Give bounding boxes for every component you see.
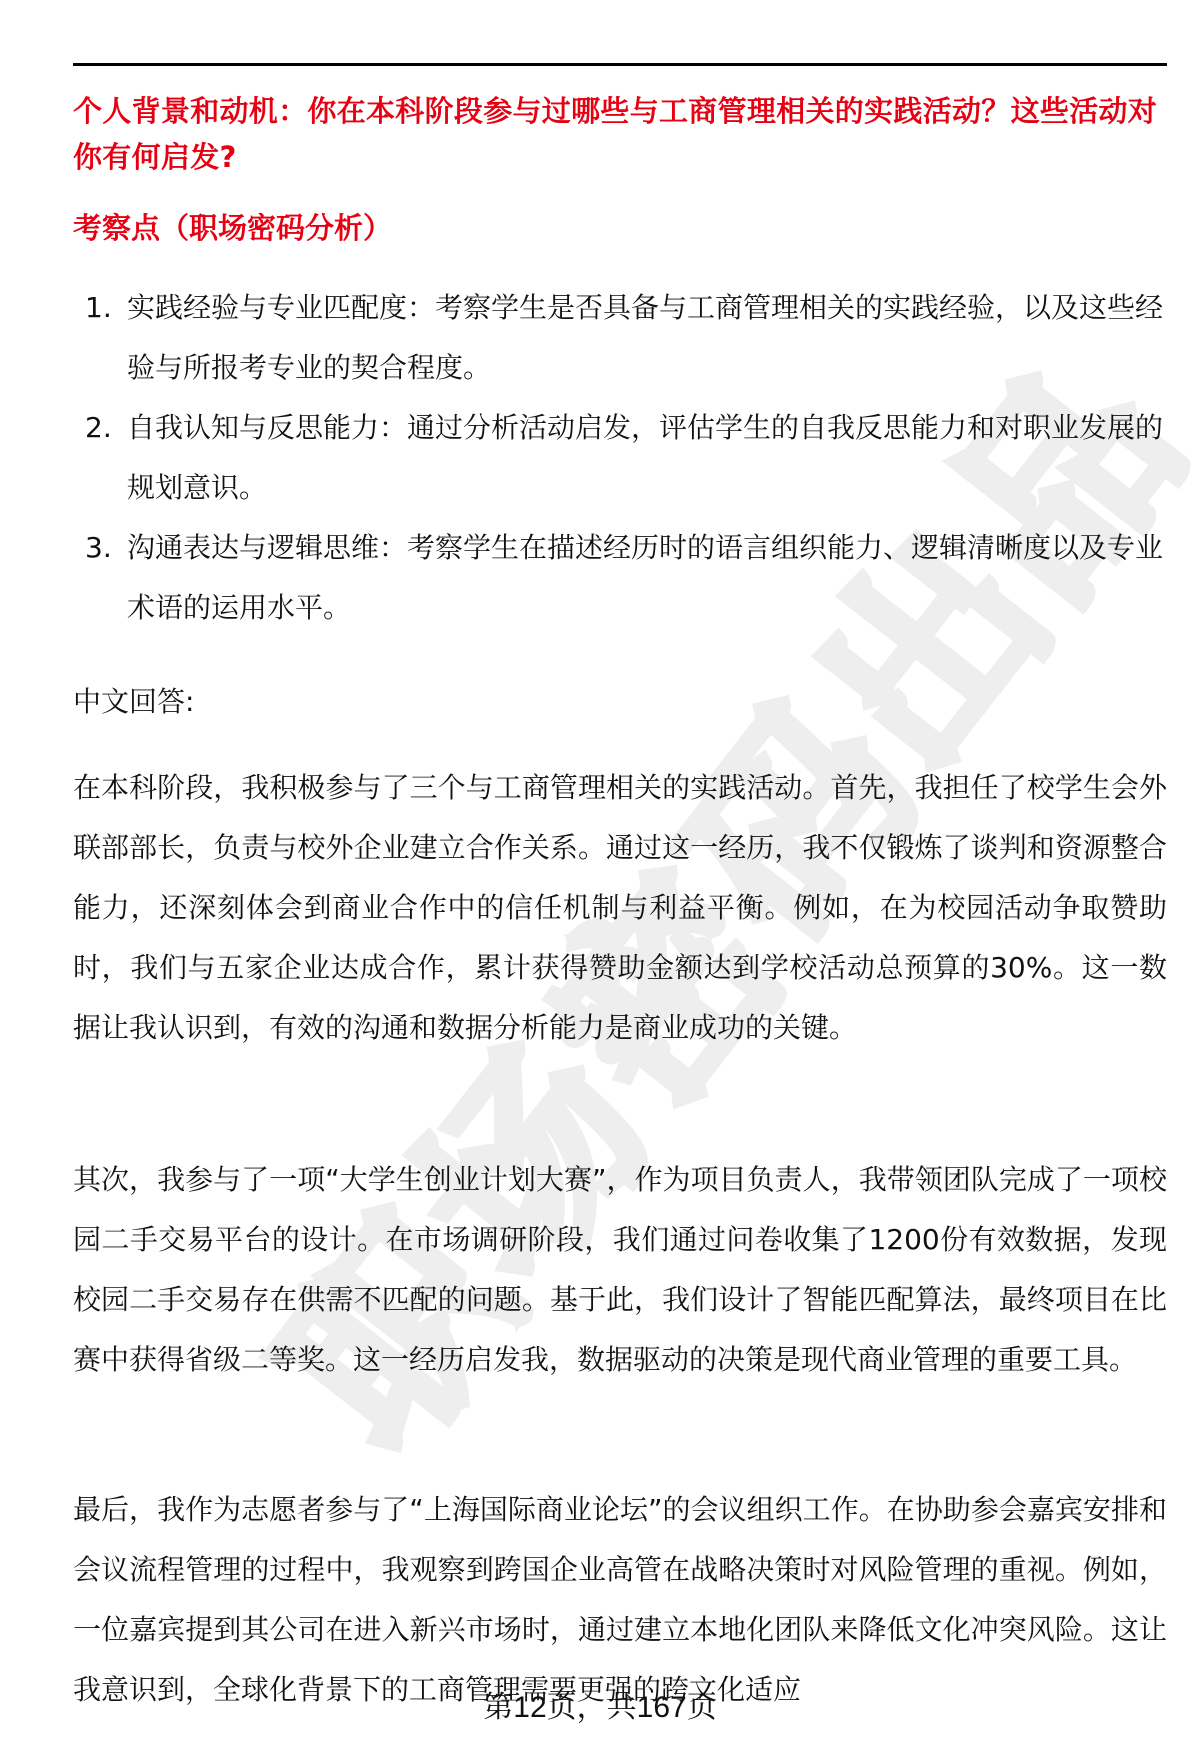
item-text: 实践经验与专业匹配度：考察学生是否具备与工商管理相关的实践经验，以及这些经验与所… (127, 291, 1163, 384)
assessment-item: 2. 自我认知与反思能力：通过分析活动启发，评估学生的自我反思能力和对职业发展的… (73, 398, 1167, 518)
assessment-item: 1. 实践经验与专业匹配度：考察学生是否具备与工商管理相关的实践经验，以及这些经… (73, 278, 1167, 398)
assessment-item: 3. 沟通表达与逻辑思维：考察学生在描述经历时的语言组织能力、逻辑清晰度以及专业… (73, 518, 1167, 638)
item-text: 沟通表达与逻辑思维：考察学生在描述经历时的语言组织能力、逻辑清晰度以及专业术语的… (127, 531, 1163, 624)
assessment-heading: 考察点（职场密码分析） (73, 206, 392, 250)
header-rule (73, 63, 1167, 66)
assessment-list: 1. 实践经验与专业匹配度：考察学生是否具备与工商管理相关的实践经验，以及这些经… (73, 278, 1167, 638)
document-page: 职场密码出品 个人背景和动机：你在本科阶段参与过哪些与工商管理相关的实践活动？这… (0, 0, 1200, 1755)
answer-label: 中文回答: (73, 672, 194, 732)
page-indicator: 第12页，共167页 (0, 1688, 1200, 1728)
answer-paragraph: 其次，我参与了一项“大学生创业计划大赛”，作为项目负责人，我带领团队完成了一项校… (73, 1150, 1167, 1390)
item-number: 3. (85, 518, 112, 578)
answer-paragraph: 在本科阶段，我积极参与了三个与工商管理相关的实践活动。首先，我担任了校学生会外联… (73, 758, 1167, 1058)
item-text: 自我认知与反思能力：通过分析活动启发，评估学生的自我反思能力和对职业发展的规划意… (127, 411, 1163, 504)
question-title: 个人背景和动机：你在本科阶段参与过哪些与工商管理相关的实践活动？这些活动对你有何… (73, 88, 1167, 180)
item-number: 1. (85, 278, 112, 338)
answer-paragraph: 最后，我作为志愿者参与了“上海国际商业论坛”的会议组织工作。在协助参会嘉宾安排和… (73, 1480, 1167, 1720)
item-number: 2. (85, 398, 112, 458)
